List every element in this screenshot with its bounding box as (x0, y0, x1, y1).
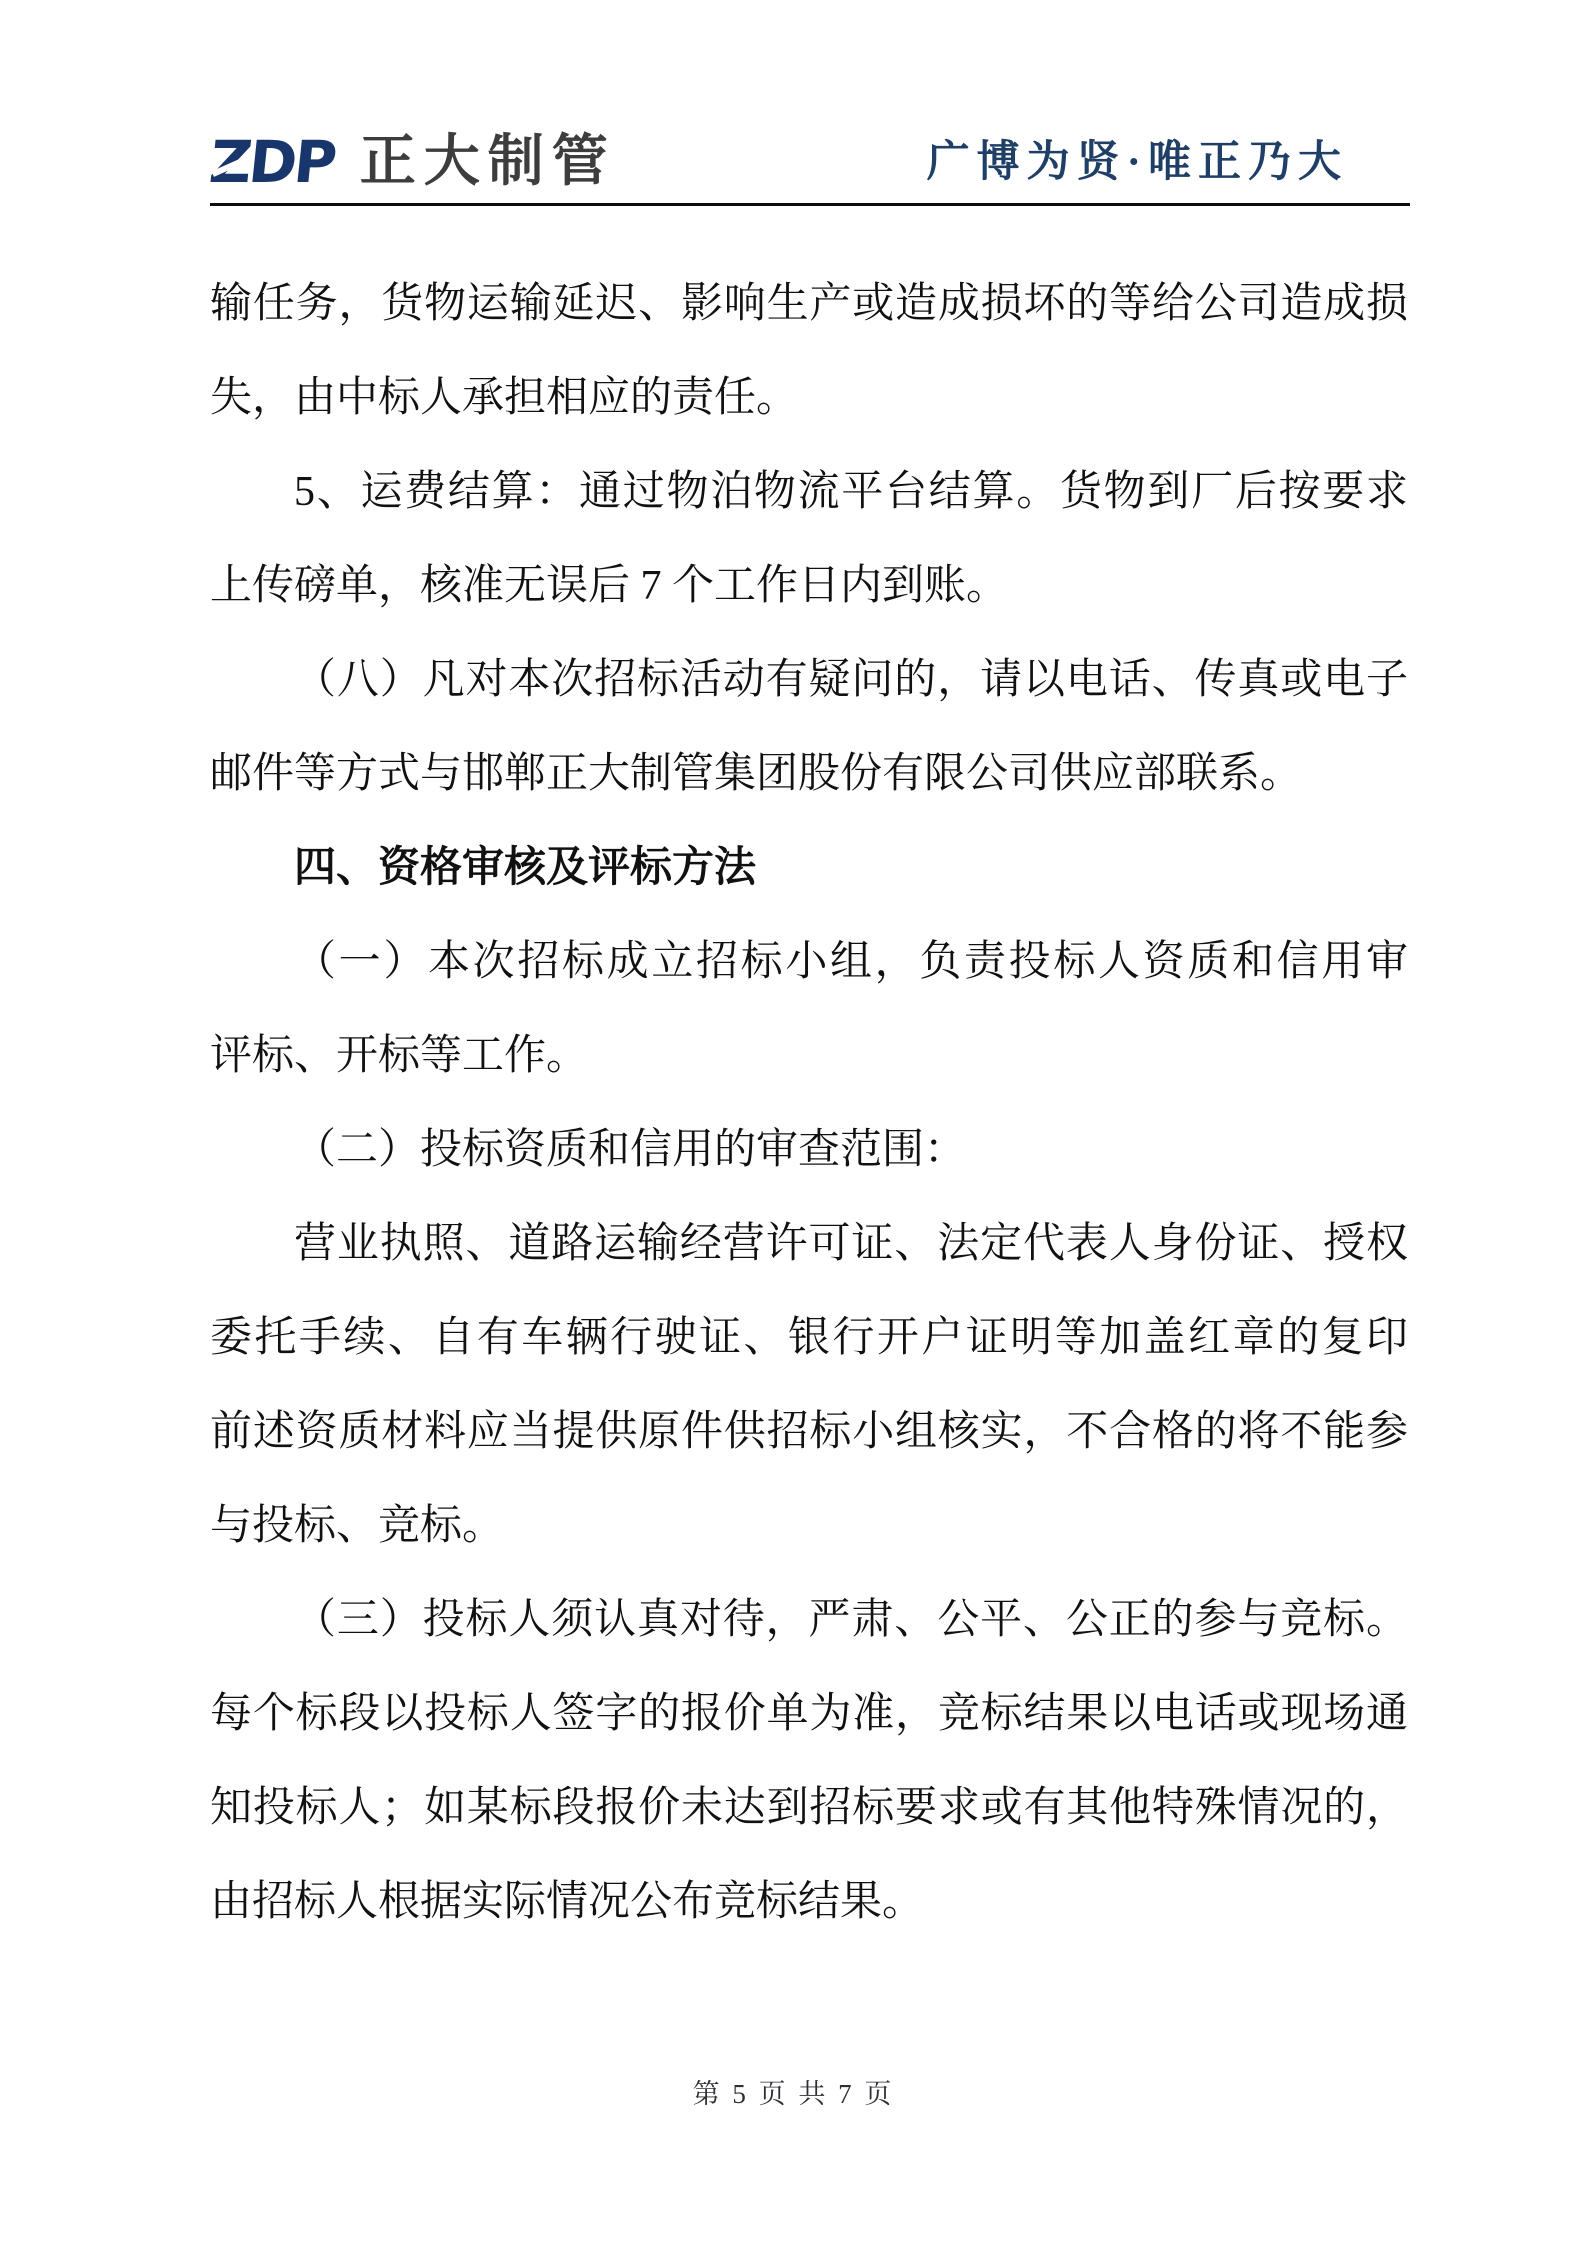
text-line: 委托手续、自有车辆行驶证、银行开户证明等加盖红章的复印件。 (210, 1291, 1408, 1385)
page-header: ZDP 正大制管 广博为贤·唯正乃大 (210, 128, 1410, 196)
text-line: 评标、开标等工作。 (210, 1009, 1408, 1103)
page-number: 第 5 页 共 7 页 (693, 2079, 895, 2109)
text-line: 上传磅单，核准无误后 7 个工作日内到账。 (210, 539, 1408, 633)
paragraph: 5、运费结算：通过物泊物流平台结算。货物到厂后按要求上传磅单，核准无误后 7 个… (210, 445, 1408, 633)
zdp-logo: ZDP 正大制管 (210, 133, 616, 191)
text-line: 由招标人根据实际情况公布竞标结果。 (210, 1855, 1408, 1949)
text-line: （三）投标人须认真对待，严肃、公平、公正的参与竞标。 (210, 1573, 1408, 1667)
text-line: 四、资格审核及评标方法 (210, 821, 1408, 915)
text-line: 与投标、竞标。 (210, 1479, 1408, 1573)
text-line: 输任务，货物运输延迟、影响生产或造成损坏的等给公司造成损 (210, 257, 1408, 351)
brand-name: 正大制管 (360, 134, 616, 190)
text-line: 每个标段以投标人签字的报价单为准，竞标结果以电话或现场通 (210, 1667, 1408, 1761)
company-slogan: 广博为贤·唯正乃大 (927, 141, 1348, 184)
document-body: 输任务，货物运输延迟、影响生产或造成损坏的等给公司造成损失，由中标人承担相应的责… (210, 257, 1408, 1949)
text-line: （一）本次招标成立招标小组，负责投标人资质和信用审查、 (210, 915, 1408, 1009)
section-heading: 四、资格审核及评标方法 (210, 821, 1408, 915)
paragraph: （一）本次招标成立招标小组，负责投标人资质和信用审查、评标、开标等工作。 (210, 915, 1408, 1103)
paragraph: 营业执照、道路运输经营许可证、法定代表人身份证、授权委托手续、自有车辆行驶证、银… (210, 1197, 1408, 1573)
text-line: 失，由中标人承担相应的责任。 (210, 351, 1408, 445)
text-line: 前述资质材料应当提供原件供招标小组核实，不合格的将不能参 (210, 1385, 1408, 1479)
paragraph: （三）投标人须认真对待，严肃、公平、公正的参与竞标。每个标段以投标人签字的报价单… (210, 1573, 1408, 1949)
text-line: （二）投标资质和信用的审查范围： (210, 1103, 1408, 1197)
document-page: ZDP 正大制管 广博为贤·唯正乃大 输任务，货物运输延迟、影响生产或造成损坏的… (0, 0, 1587, 2245)
text-line: （八）凡对本次招标活动有疑问的，请以电话、传真或电子 (210, 633, 1408, 727)
header-divider (210, 203, 1410, 206)
page-footer: 第 5 页 共 7 页 (0, 2072, 1587, 2111)
zdp-logo-text: ZDP (207, 133, 337, 191)
text-line: 知投标人；如某标段报价未达到招标要求或有其他特殊情况的， (210, 1761, 1408, 1855)
text-line: 邮件等方式与邯郸正大制管集团股份有限公司供应部联系。 (210, 727, 1408, 821)
text-line: 营业执照、道路运输经营许可证、法定代表人身份证、授权 (210, 1197, 1408, 1291)
paragraph: 输任务，货物运输延迟、影响生产或造成损坏的等给公司造成损失，由中标人承担相应的责… (210, 257, 1408, 445)
paragraph: （二）投标资质和信用的审查范围： (210, 1103, 1408, 1197)
paragraph: （八）凡对本次招标活动有疑问的，请以电话、传真或电子邮件等方式与邯郸正大制管集团… (210, 633, 1408, 821)
text-line: 5、运费结算：通过物泊物流平台结算。货物到厂后按要求 (210, 445, 1408, 539)
